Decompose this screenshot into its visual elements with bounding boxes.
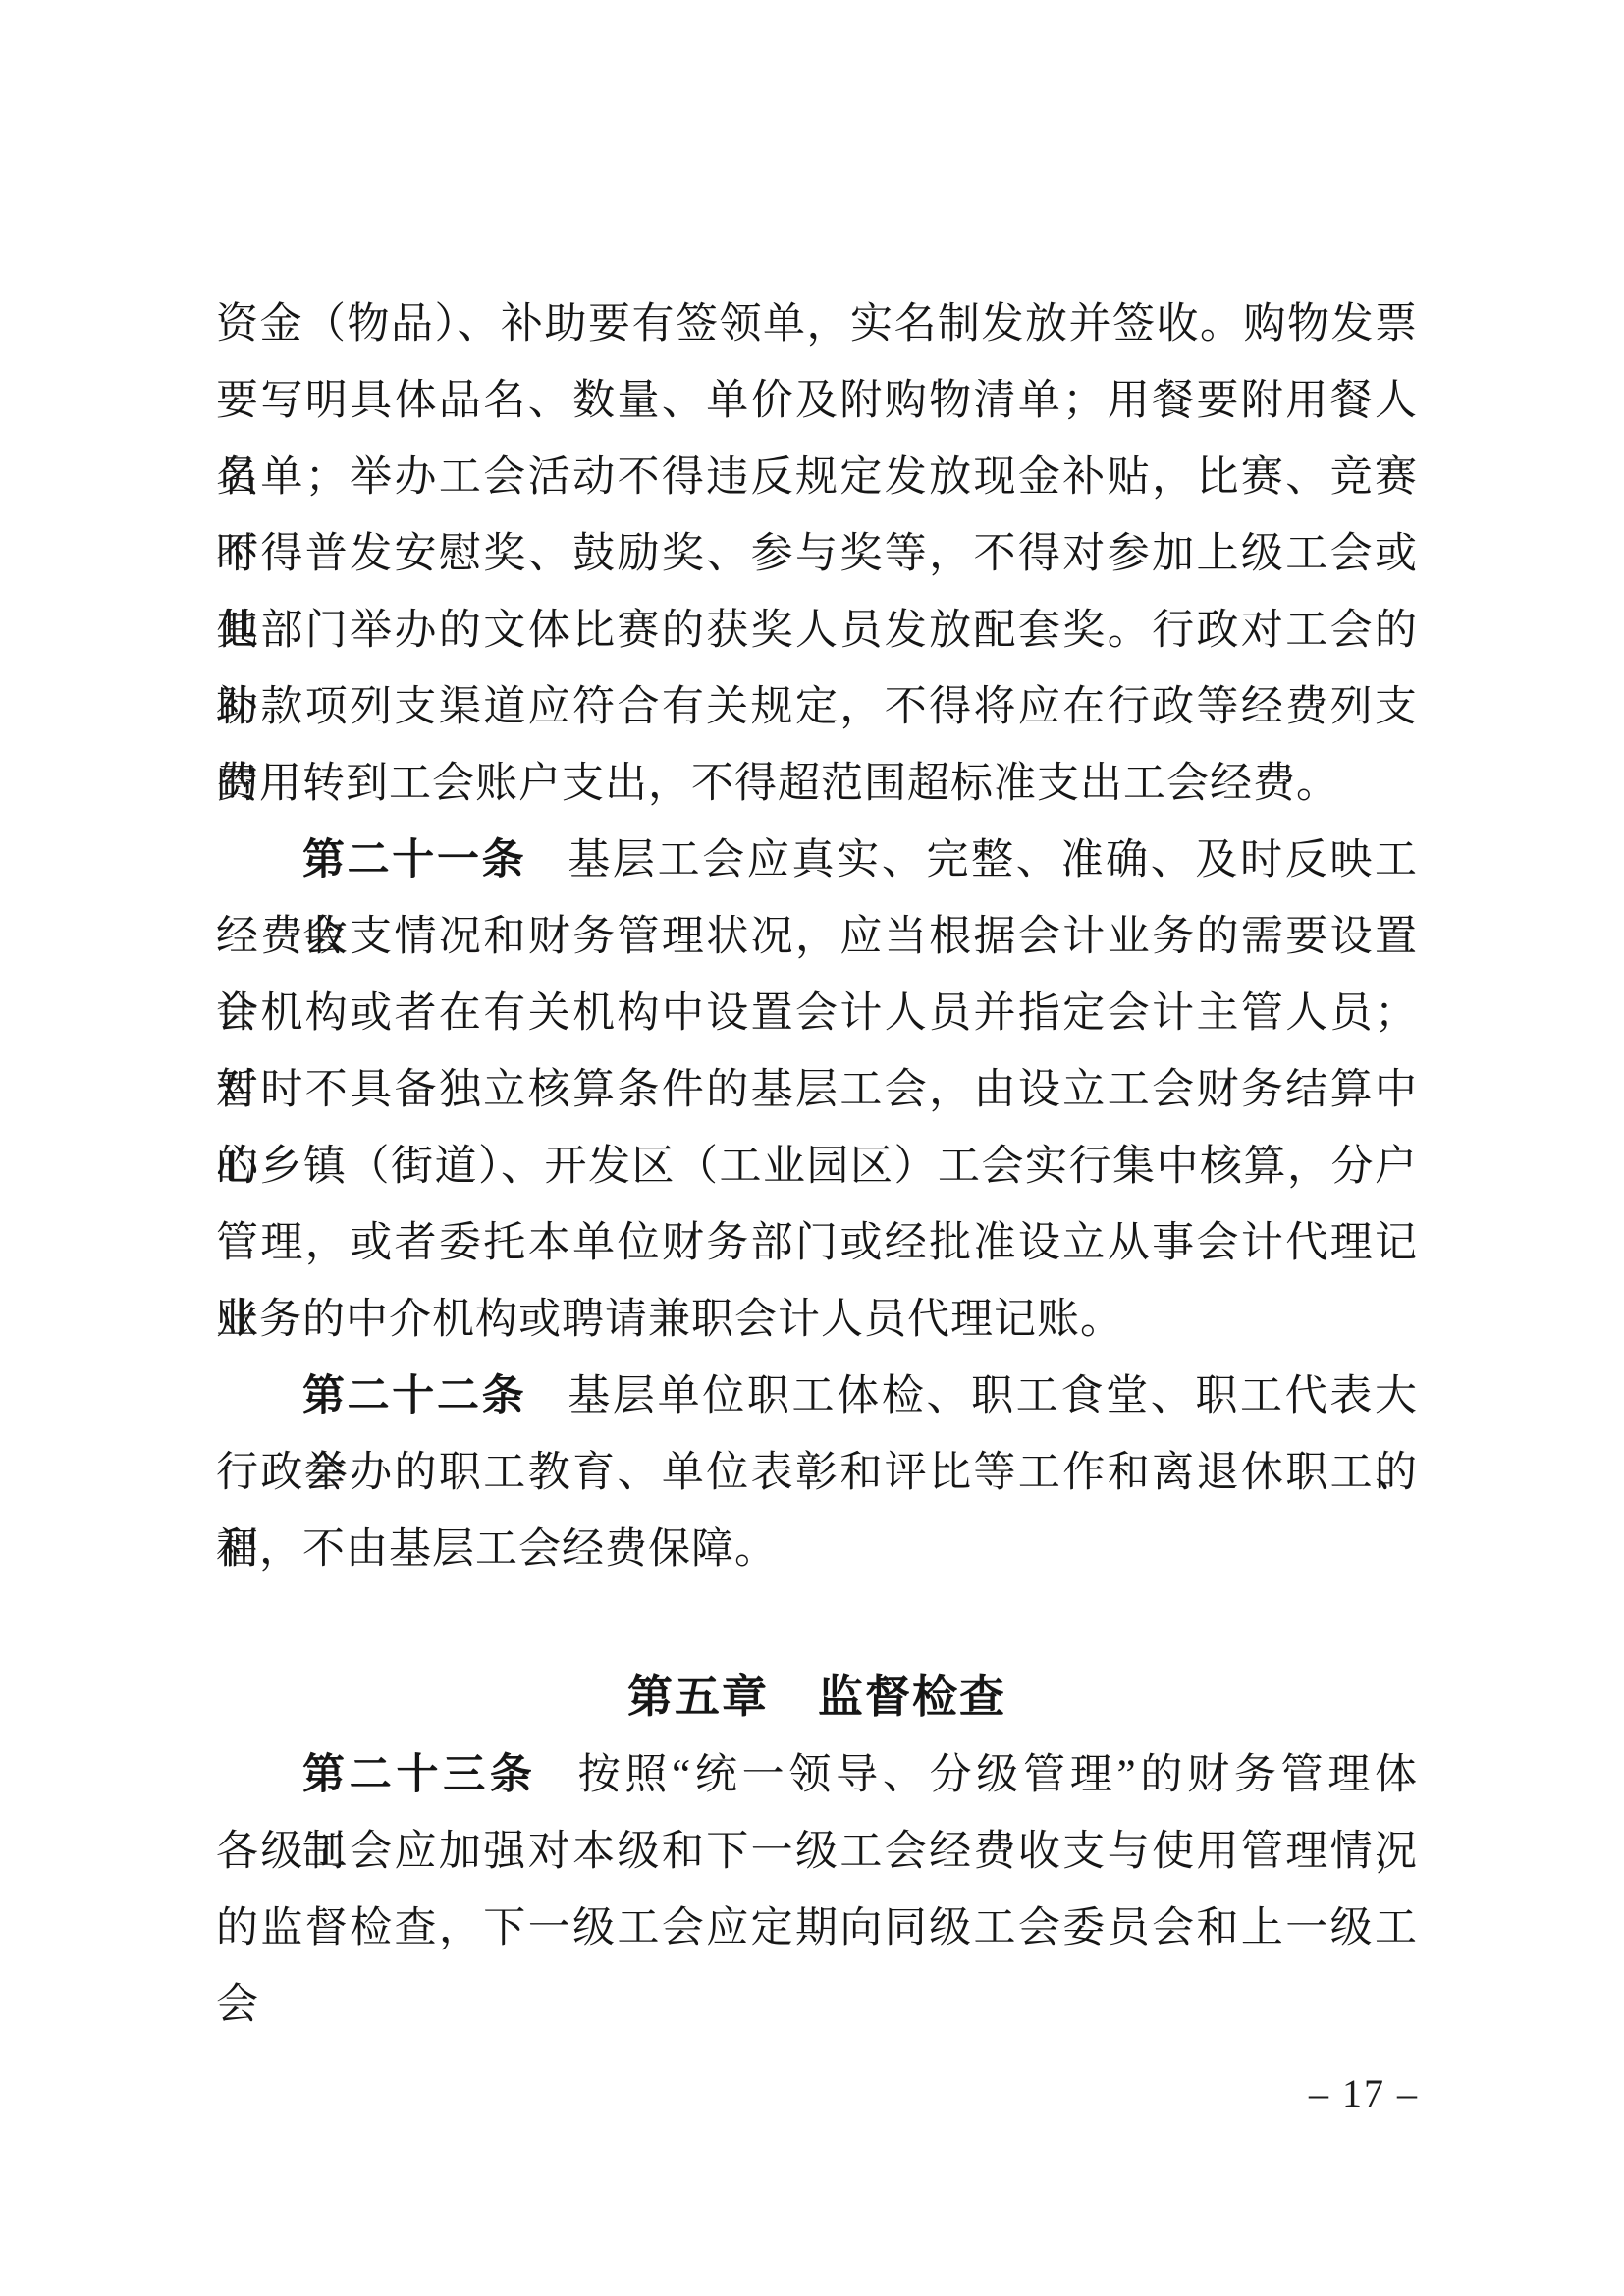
page-number: – 17 – — [1309, 2069, 1419, 2118]
text-column: 资金（物品）、补助要有签领单，实名制发放并签收。购物发票要写明具体品名、数量、单… — [216, 0, 1418, 2296]
text-line: 第二十三条按照“统一领导、分级管理”的财务管理体制， — [216, 1737, 1418, 1814]
line-text: 各级工会应加强对本级和下一级工会经费收支与使用管理情况 — [216, 1829, 1418, 1875]
text-line: 各级工会应加强对本级和下一级工会经费收支与使用管理情况 — [216, 1814, 1418, 1891]
lower-paragraphs: 第二十三条按照“统一领导、分级管理”的财务管理体制，各级工会应加强对本级和下一级… — [216, 0, 1418, 2296]
text-line: 的监督检查，下一级工会应定期向同级工会委员会和上一级工会 — [216, 1891, 1418, 1967]
document-page: 资金（物品）、补助要有签领单，实名制发放并签收。购物发票要写明具体品名、数量、单… — [0, 0, 1624, 2296]
article-number: 第二十三条 — [302, 1752, 537, 1798]
line-text: 的监督检查，下一级工会应定期向同级工会委员会和上一级工会 — [216, 1905, 1418, 2028]
